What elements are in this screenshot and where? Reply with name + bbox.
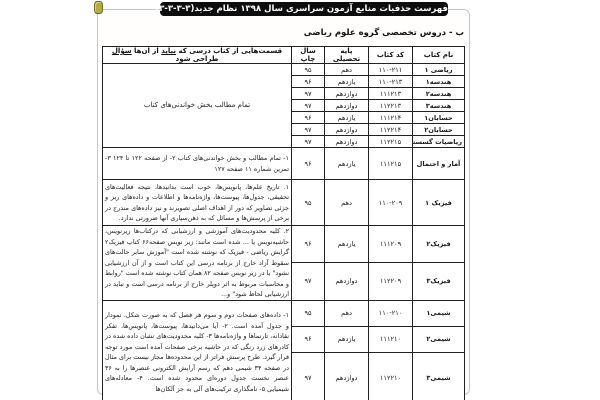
book-name-cell: فیزیک ۱ (413, 180, 465, 226)
grade-cell: دوازدهم (325, 100, 369, 112)
grade-cell: دوازدهم (325, 136, 369, 148)
book-code-cell: ۱۱۱۲۰۹ (369, 226, 413, 263)
excluded-parts-underline-1: نباید (161, 47, 176, 55)
grade-cell: دوازدهم (325, 88, 369, 100)
col-header-print-year: سال چاپ (292, 47, 325, 64)
book-name-cell: هندسه۱ (413, 76, 465, 88)
print-year-cell: ۹۷ (292, 100, 325, 112)
book-code-cell: ۱۱۲۲۱۳ (369, 100, 413, 112)
table-row: فیزیک ۱ ۱۱۰-۲۰۹ دهم ۹۵ ۱. تاریخ علم‌ها، … (103, 180, 465, 226)
print-year-cell: ۹۶ (292, 226, 325, 263)
book-code-cell: ۱۱۰-۲۱۱ (369, 64, 413, 76)
book-code-cell: ۱۱۰-۲۱۳ (369, 76, 413, 88)
excluded-parts-text: قسمت‌هایی از کتاب درسی که (176, 47, 282, 55)
grade-cell: یازدهم (325, 112, 369, 124)
print-year-cell: ۹۷ (292, 124, 325, 136)
table-row: شیمی۱ ۱۱۰-۲۱۰ دهم ۹۵ ۱- داده‌های صفحات د… (103, 300, 465, 326)
excluded-parts-cell: تمام مطالب بخش خواندنی‌های کتاب (103, 64, 292, 148)
grade-cell: دوازدهم (325, 263, 369, 300)
col-header-grade: پایه تحصیلی (325, 47, 369, 64)
print-year-cell: ۹۵ (292, 300, 325, 326)
book-name-cell: ریاضی ۱ (413, 64, 465, 76)
pin-icon (94, 1, 103, 14)
print-year-cell: ۹۶ (292, 76, 325, 88)
book-name-cell: هندسه۲ (413, 88, 465, 100)
document-title: فهرست حذفیات منابع آزمون سراسری سال ۱۳۹۸… (160, 2, 448, 16)
grade-cell: دوازدهم (325, 352, 369, 400)
book-code-cell: ۱۱۲۲۱۰ (369, 352, 413, 400)
grade-cell: یازدهم (325, 226, 369, 263)
print-year-cell: ۹۶ (292, 148, 325, 180)
grade-cell: دوازدهم (325, 124, 369, 136)
col-header-book-name: نام کتاب (413, 47, 465, 64)
book-name-cell: شیمی۱ (413, 300, 465, 326)
deletions-table: نام کتاب کد کتاب پایه تحصیلی سال چاپ قسم… (102, 46, 465, 400)
col-header-excluded-parts: قسمت‌هایی از کتاب درسی که نباید از آن‌ها… (103, 47, 292, 64)
book-name-cell: هندسه۳ (413, 100, 465, 112)
grade-cell: دهم (325, 64, 369, 76)
excluded-parts-text: از آن‌ها (132, 47, 162, 55)
excluded-parts-cell: ۱. تاریخ علم‌ها، پانویس‌ها، خوب است بدان… (103, 180, 292, 226)
print-year-cell: ۹۵ (292, 180, 325, 226)
book-code-cell: ۱۱۱۲۱۴ (369, 112, 413, 124)
book-name-cell: حسابان۲ (413, 124, 465, 136)
book-name-cell: آمار و احتمال (413, 148, 465, 180)
print-year-cell: ۹۵ (292, 64, 325, 76)
book-code-cell: ۱۱۰-۲۰۹ (369, 180, 413, 226)
book-code-cell: ۱۱۲۲۱۴ (369, 124, 413, 136)
excluded-parts-cell: ۱- تمام مطالب و بخش خواندنی‌های کتاب ۲- … (103, 148, 292, 180)
book-name-cell: شیمی۲ (413, 326, 465, 352)
print-year-cell: ۹۶ (292, 326, 325, 352)
excluded-parts-cell: ۱- داده‌های صفحات دوم و سوم هر فصل که به… (103, 300, 292, 400)
book-name-cell: حسابان۱ (413, 112, 465, 124)
print-year-cell: ۹۷ (292, 88, 325, 100)
grade-cell: یازدهم (325, 76, 369, 88)
print-year-cell: ۹۷ (292, 136, 325, 148)
book-name-cell: شیمی۳ (413, 352, 465, 400)
book-name-cell: ریاضیات گسسته (413, 136, 465, 148)
book-code-cell: ۱۱۱۲۱۳ (369, 88, 413, 100)
table-row: فیزیک۲ ۱۱۱۲۰۹ یازدهم ۹۶ ۲. کلیه محدودیت‌… (103, 226, 465, 263)
col-header-book-code: کد کتاب (369, 47, 413, 64)
grade-cell: یازدهم (325, 148, 369, 180)
book-code-cell: ۱۱۰-۲۱۰ (369, 300, 413, 326)
book-code-cell: ۱۱۱۲۱۵ (369, 148, 413, 180)
excluded-parts-underline-2: سؤال (112, 47, 132, 55)
table-row: آمار و احتمال ۱۱۱۲۱۵ یازدهم ۹۶ ۱- تمام م… (103, 148, 465, 180)
book-code-cell: ۱۱۲۲۱۵ (369, 136, 413, 148)
book-name-cell: فیزیک۳ (413, 263, 465, 300)
grade-cell: یازدهم (325, 326, 369, 352)
table-row: ریاضی ۱ ۱۱۰-۲۱۱ دهم ۹۵ تمام مطالب بخش خو… (103, 64, 465, 76)
excluded-parts-cell: ۲. کلیه محدودیت‌های آموزشی و ارزشیابی که… (103, 226, 292, 301)
print-year-cell: ۹۷ (292, 263, 325, 300)
table-header-row: نام کتاب کد کتاب پایه تحصیلی سال چاپ قسم… (103, 47, 465, 64)
grade-cell: دهم (325, 300, 369, 326)
print-year-cell: ۹۶ (292, 112, 325, 124)
excluded-parts-text: طراحی شود (176, 55, 219, 63)
grade-cell: دهم (325, 180, 369, 226)
book-code-cell: ۱۱۲۲۰۹ (369, 263, 413, 300)
section-subtitle: ب - دروس تخصصی گروه علوم ریاضی (260, 28, 464, 38)
print-year-cell: ۹۷ (292, 352, 325, 400)
book-name-cell: فیزیک۲ (413, 226, 465, 263)
book-code-cell: ۱۱۱۲۱۰ (369, 326, 413, 352)
